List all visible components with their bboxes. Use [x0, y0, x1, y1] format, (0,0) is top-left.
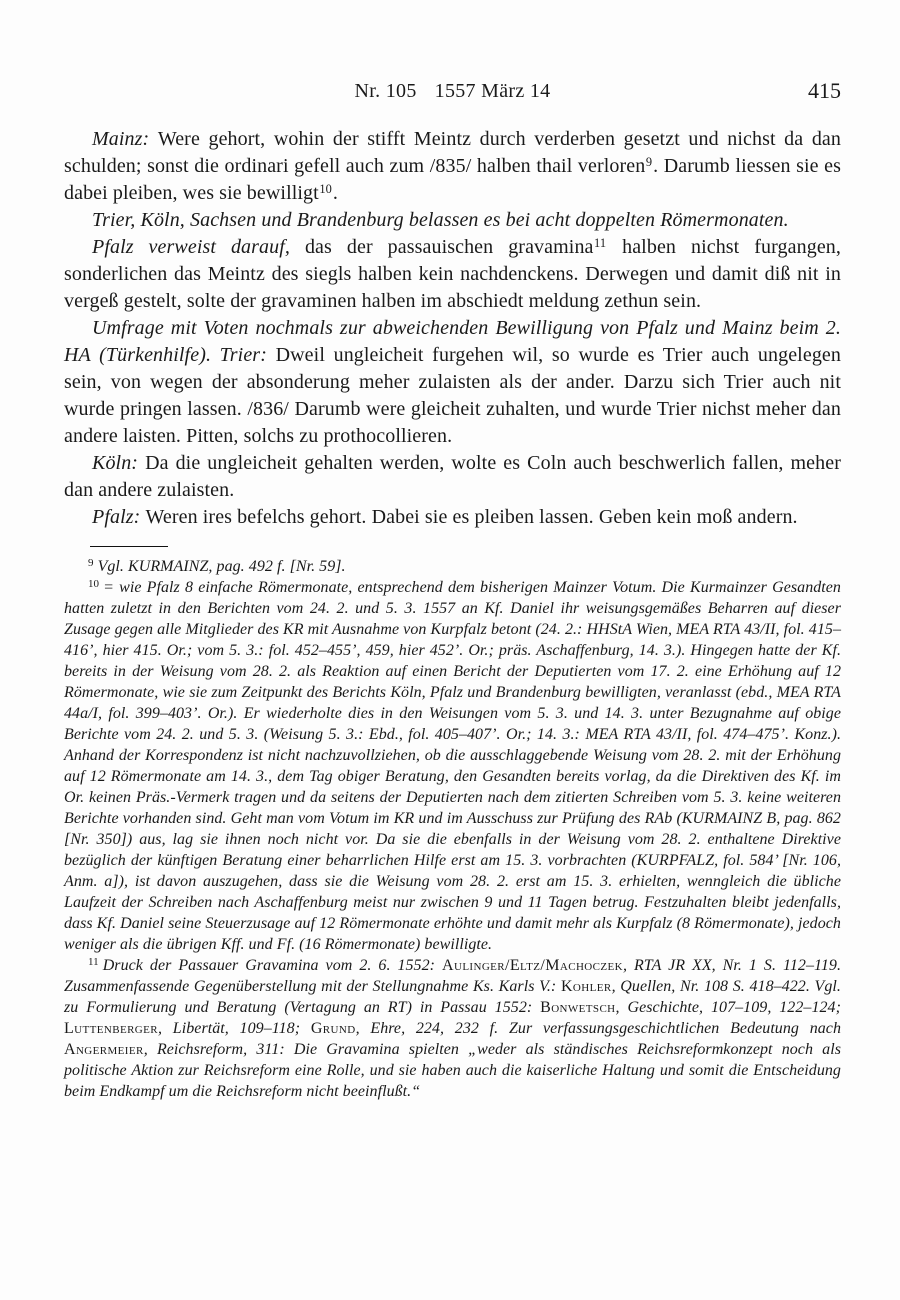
footnote-reference: 9: [646, 155, 652, 169]
text-segment: Luttenberger: [64, 1020, 158, 1037]
text-segment: , Libertät, 109–118;: [158, 1020, 311, 1037]
footnote: 9Vgl. KURMAINZ, pag. 492 f. [Nr. 59].: [64, 556, 841, 577]
footnote: 11Druck der Passauer Gravamina vom 2. 6.…: [64, 955, 841, 1102]
text-segment: .: [333, 182, 338, 204]
doc-number: Nr. 105: [355, 80, 417, 102]
text-segment: Mainz:: [92, 128, 158, 150]
text-segment: Köln:: [92, 452, 145, 474]
paragraph: Mainz: Were gehort, wohin der stifft Mei…: [64, 126, 841, 207]
footnote-marker: 9: [88, 557, 94, 569]
footnote-reference: 11: [594, 236, 606, 250]
document-page: Nr. 1051557 März 14 415 Mainz: Were geho…: [0, 0, 900, 1300]
text-segment: , Ehre, 224, 232 f. Zur verfassungsgesch…: [356, 1020, 841, 1037]
text-segment: Angermeier: [64, 1041, 144, 1058]
paragraph: Trier, Köln, Sachsen und Brandenburg bel…: [64, 207, 841, 234]
text-segment: Druck der Passauer Gravamina vom 2. 6. 1…: [103, 957, 442, 974]
text-segment: Bonwetsch: [540, 999, 615, 1016]
running-title: Nr. 1051557 März 14: [64, 80, 841, 103]
text-segment: Aulinger/Eltz/Machoczek: [442, 957, 623, 974]
text-segment: Pfalz verweist darauf,: [92, 236, 305, 258]
text-segment: Weren ires befelchs gehort. Dabei sie es…: [145, 506, 797, 528]
footnote-separator: [90, 546, 168, 547]
footnote: 10= wie Pfalz 8 einfache Römermonate, en…: [64, 577, 841, 955]
text-segment: das der passauischen gravamina: [305, 236, 594, 258]
footnote-reference: 10: [319, 182, 332, 196]
text-segment: Kohler: [561, 978, 612, 995]
text-segment: Pfalz:: [92, 506, 145, 528]
text-segment: , Reichsreform, 311: Die Gravamina spiel…: [64, 1041, 841, 1100]
footnote-marker: 11: [88, 956, 99, 968]
text-segment: Grund: [311, 1020, 356, 1037]
text-segment: = wie Pfalz 8 einfache Römermonate, ents…: [64, 579, 841, 953]
page-header: Nr. 1051557 März 14 415: [64, 80, 841, 106]
paragraph: Umfrage mit Voten nochmals zur abweichen…: [64, 315, 841, 450]
page-number: 415: [808, 78, 841, 104]
body-text: Mainz: Were gehort, wohin der stifft Mei…: [64, 126, 841, 531]
text-segment: Da die ungleicheit gehalten werden, wolt…: [64, 452, 841, 501]
paragraph: Pfalz verweist darauf, das der passauisc…: [64, 234, 841, 315]
paragraph: Köln: Da die ungleicheit gehalten werden…: [64, 450, 841, 504]
doc-date: 1557 März 14: [435, 80, 551, 102]
footnotes-section: 9Vgl. KURMAINZ, pag. 492 f. [Nr. 59].10=…: [64, 556, 841, 1102]
footnote-marker: 10: [88, 578, 99, 590]
text-segment: Trier, Köln, Sachsen und Brandenburg bel…: [92, 209, 789, 231]
text-segment: , Geschichte, 107–109, 122–124;: [616, 999, 841, 1016]
paragraph: Pfalz: Weren ires befelchs gehort. Dabei…: [64, 504, 841, 531]
text-segment: Vgl. KURMAINZ, pag. 492 f. [Nr. 59].: [98, 558, 346, 575]
